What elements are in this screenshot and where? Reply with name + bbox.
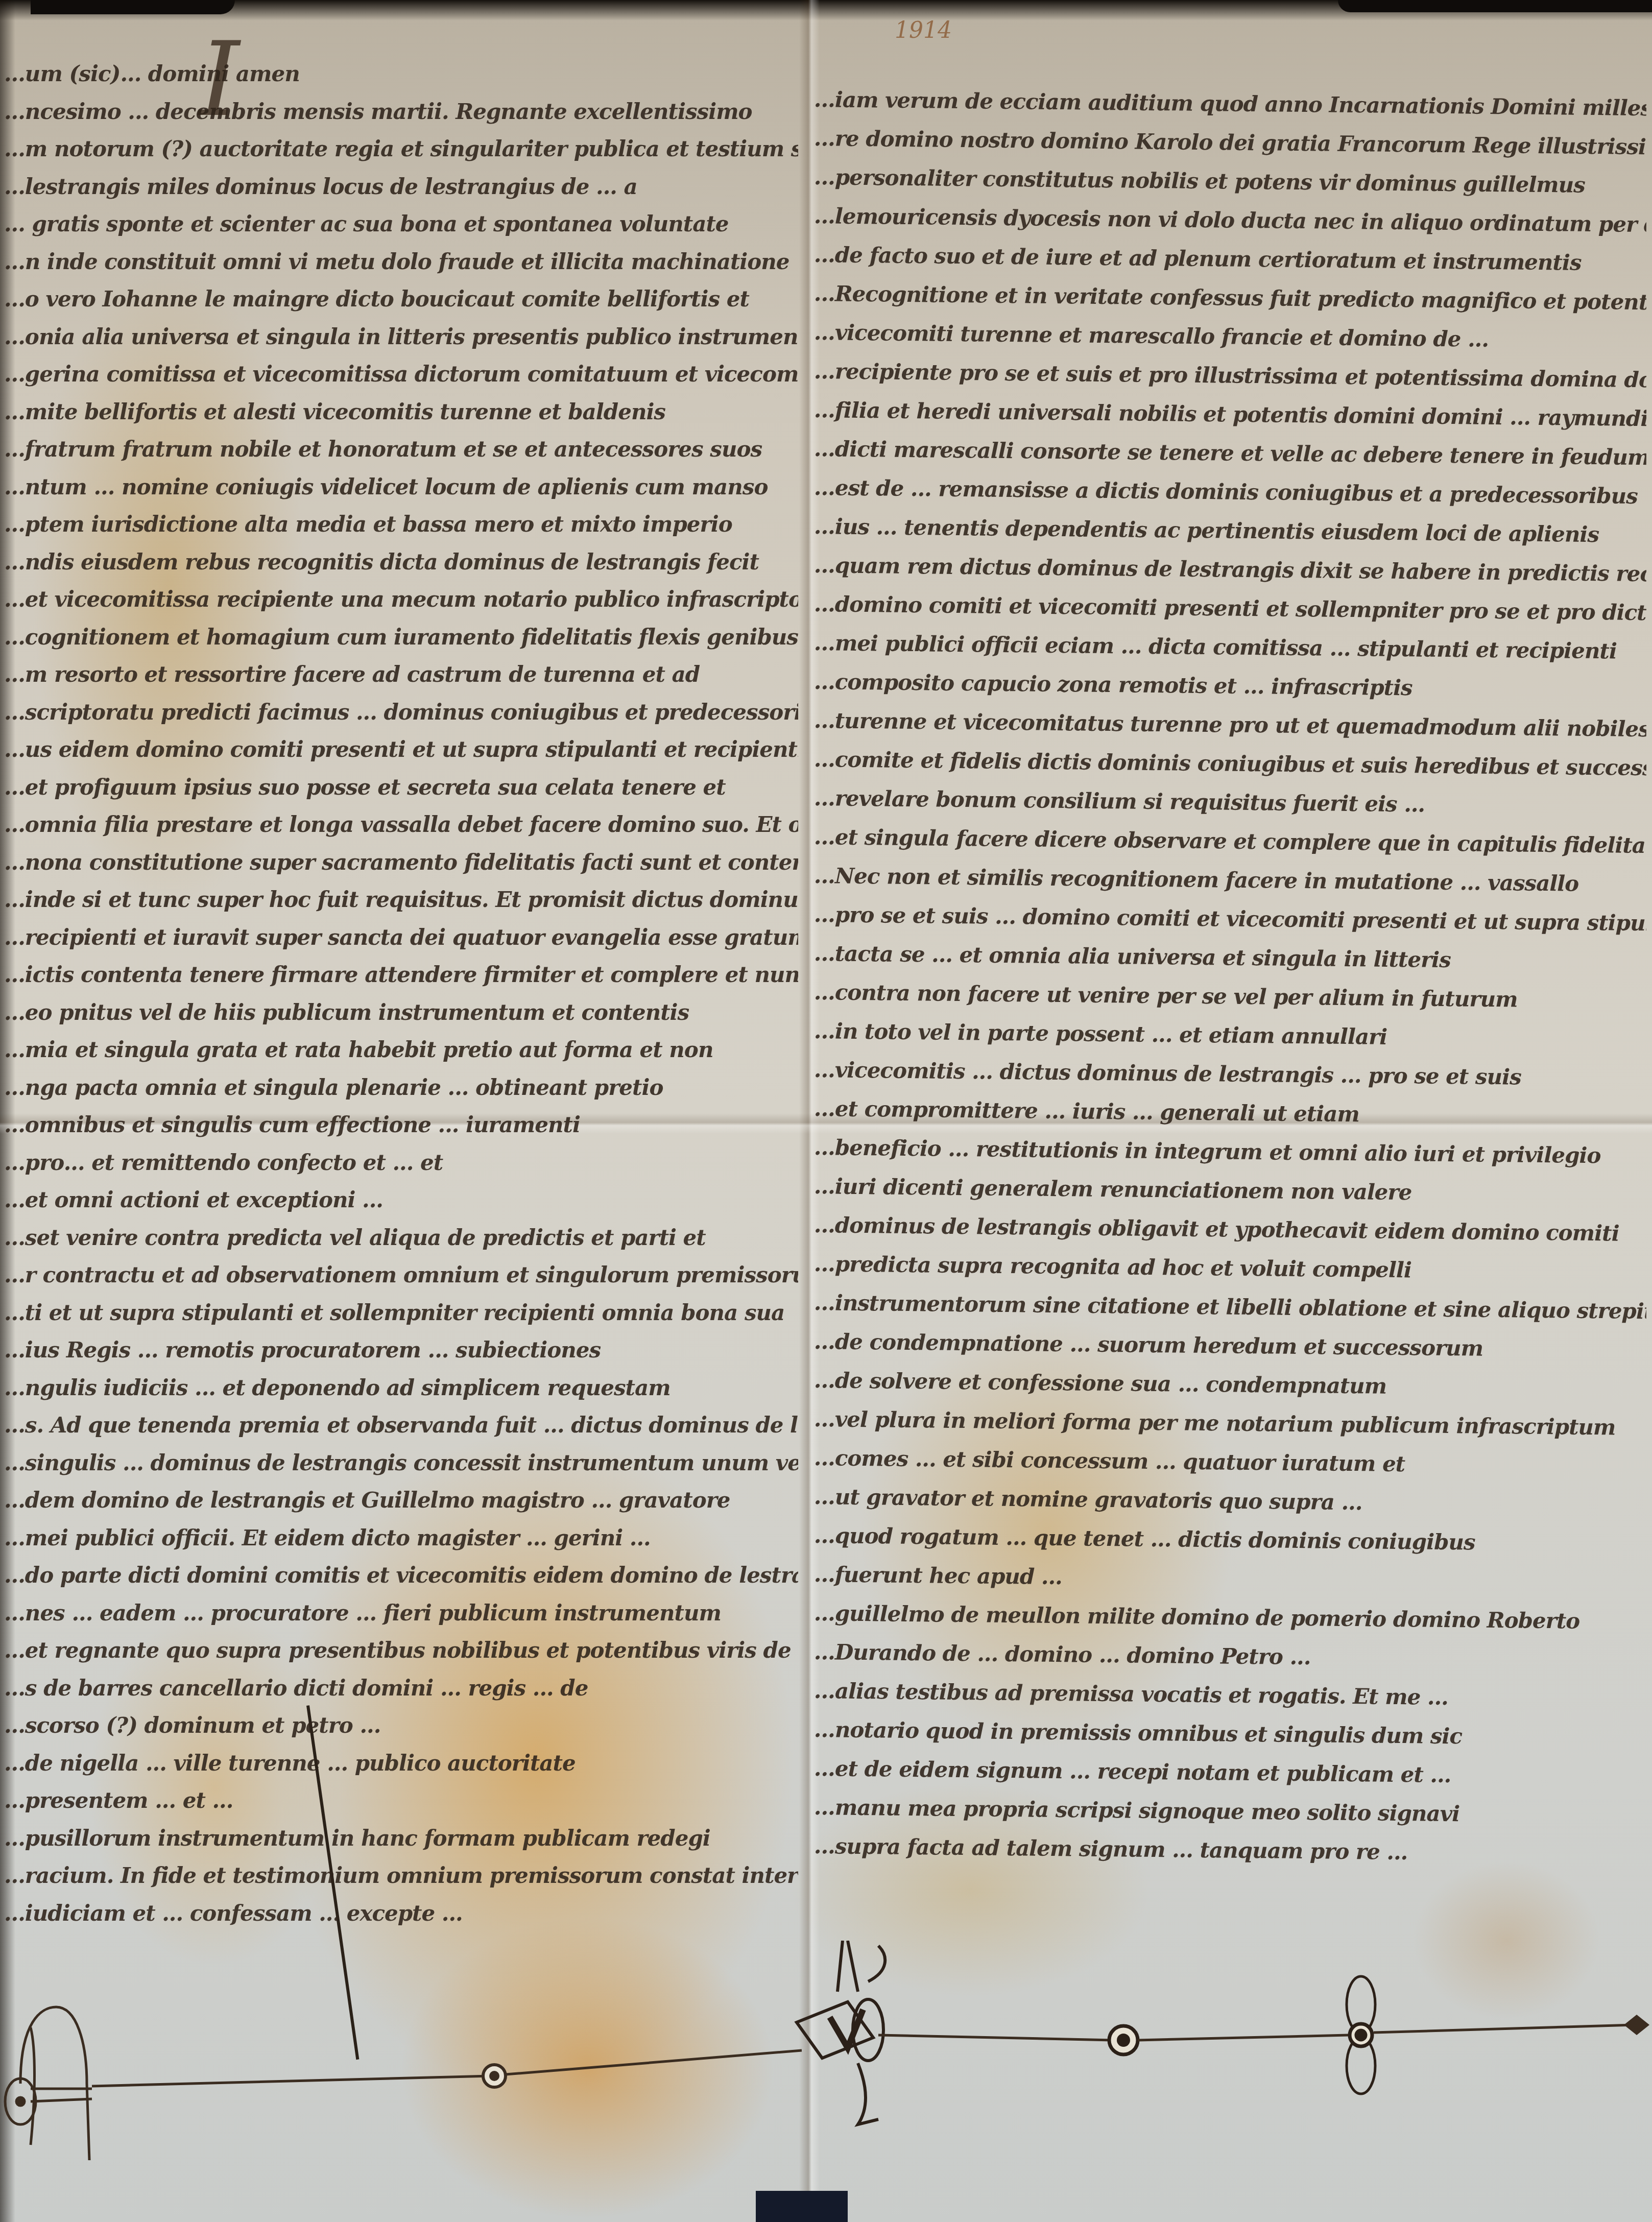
notarial-signs <box>0 1941 1652 2222</box>
manuscript-line: ...mei publici officii. Et eidem dicto m… <box>0 1525 798 1550</box>
manuscript-line: ...o vero Iohanne le maingre dicto bouci… <box>0 286 798 312</box>
manuscript-line: ...m resorto et ressortire facere ad cas… <box>0 662 798 687</box>
manuscript-line: ...et profiguum ipsius suo posse et secr… <box>0 775 798 800</box>
manuscript-line: ...et omni actioni et exceptioni ... <box>0 1187 798 1212</box>
manuscript-line: ...ti et ut supra stipulanti et sollempn… <box>0 1300 798 1325</box>
manuscript-line: ...omnia filia prestare et longa vassall… <box>0 812 798 837</box>
manuscript-line: ...mite bellifortis et alesti vicecomiti… <box>0 399 798 424</box>
manuscript-line: ...nga pacta omnia et singula plenarie .… <box>0 1075 798 1100</box>
manuscript-line: ...ngulis iudiciis ... et deponendo ad s… <box>0 1375 798 1400</box>
manuscript-line: ...presentem ... et ... <box>0 1788 798 1813</box>
manuscript-line: ...nes ... eadem ... procuratore ... fie… <box>0 1600 798 1626</box>
manuscript-line: ...de nigella ... ville turenne ... publ… <box>0 1751 798 1776</box>
archive-number: 1914 <box>895 17 952 43</box>
manuscript-line: ...do parte dicti domini comitis et vice… <box>0 1563 798 1588</box>
manuscript-line: ...ius Regis ... remotis procuratorem ..… <box>0 1337 798 1363</box>
manuscript-line: ...ndis eiusdem rebus recognitis dicta d… <box>0 549 798 575</box>
manuscript-line: ...inde si et tunc super hoc fuit requis… <box>0 887 798 912</box>
manuscript-line: ... gratis sponte et scienter ac sua bon… <box>0 211 798 236</box>
manuscript-line: ...gerina comitissa et vicecomitissa dic… <box>0 362 798 387</box>
manuscript-line: ...singulis ... dominus de lestrangis co… <box>0 1450 798 1475</box>
manuscript-line: ...um (sic)... domini amen <box>0 61 798 86</box>
manuscript-line: ...cognitionem et homagium cum iuramento… <box>0 625 798 650</box>
diamond-terminal-icon <box>1624 2015 1649 2035</box>
manuscript-line: ...fratrum fratrum nobile et honoratum e… <box>0 437 798 462</box>
manuscript-line: ...us eidem domino comiti presenti et ut… <box>0 737 798 762</box>
manuscript-line: ...pusillorum instrumentum in hanc forma… <box>0 1826 798 1851</box>
manuscript-line: ...et regnante quo supra presentibus nob… <box>0 1638 798 1663</box>
manuscript-line: ...s de barres cancellario dicti domini … <box>0 1676 798 1701</box>
notary-line-icon <box>1347 1976 1375 2094</box>
manuscript-line: ...et vicecomitissa recipiente una mecum… <box>0 587 798 612</box>
manuscript-line: ...omnibus et singulis cum effectione ..… <box>0 1112 798 1137</box>
manuscript-line: ...s. Ad que tenenda premia et observand… <box>0 1413 798 1438</box>
top-right-dark-edge <box>1338 0 1652 12</box>
manuscript-line: ...ptem iurisdictione alta media et bass… <box>0 512 798 537</box>
manuscript-line: ...set venire contra predicta vel aliqua… <box>0 1225 798 1250</box>
manuscript-line: ...m notorum (?) auctoritate regia et si… <box>0 136 798 161</box>
manuscript-line: ...n inde constituit omni vi metu dolo f… <box>0 249 798 274</box>
manuscript-line: ...mia et singula grata et rata habebit … <box>0 1037 798 1062</box>
manuscript-line: ...ictis contenta tenere firmare attende… <box>0 962 798 987</box>
manuscript-line: ...dem domino de lestrangis et Guillelmo… <box>0 1488 798 1513</box>
backing-cloth <box>756 2191 848 2222</box>
manuscript-line: ...r contractu et ad observationem omniu… <box>0 1262 798 1287</box>
manuscript-line: ...scriptoratu predicti facimus ... domi… <box>0 700 798 725</box>
notary-sign-icon <box>5 2007 92 2160</box>
manuscript-line: ...scorso (?) dominum et petro ... <box>0 1713 798 1738</box>
eye-ring-icon-center <box>1109 2026 1138 2054</box>
manuscript-line: ...nona constitutione super sacramento f… <box>0 850 798 875</box>
manuscript-line: ...racium. In fide et testimonium omnium… <box>0 1863 798 1888</box>
manuscript-line: ...onia alia universa et singula in litt… <box>0 324 798 349</box>
manuscript-line: ...ncesimo ... decembris mensis martii. … <box>0 99 798 124</box>
manuscript-line: ...lestrangis miles dominus locus de les… <box>0 174 798 199</box>
sign-connecting-line-left <box>92 2076 490 2086</box>
notary-monogram-icon <box>797 1941 885 2124</box>
manuscript-line: ...recipienti et iuravit super sancta de… <box>0 925 798 950</box>
manuscript-line: ...pro... et remittendo confecto et ... … <box>0 1150 798 1175</box>
manuscript-line: ...iudiciam et ... confessam ... excepte… <box>0 1901 798 1926</box>
eye-ring-icon-left <box>483 2065 506 2087</box>
manuscript-line: ...ntum ... nomine coniugis videlicet lo… <box>0 474 798 499</box>
manuscript-line: ...eo pnitus vel de hiis publicum instru… <box>0 1000 798 1025</box>
top-left-dark-edge <box>31 0 235 14</box>
